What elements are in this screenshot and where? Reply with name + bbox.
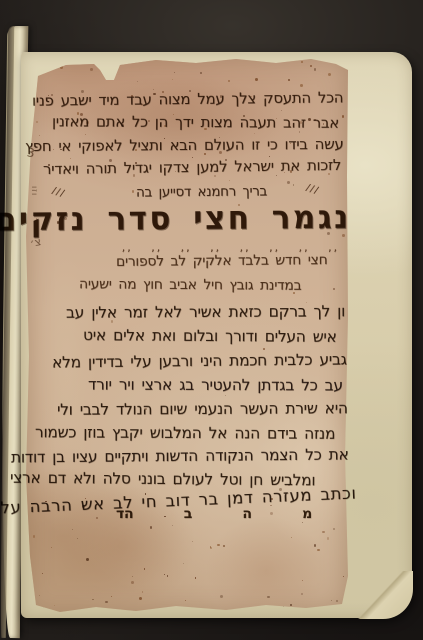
foxing-dot [92,599,94,601]
foxing-dot [139,597,142,600]
signature-letter: ב [184,506,192,522]
foxing-dot [210,546,212,548]
text-line: גביע כלבית חכמת היני ורבען עלי בדידין מל… [52,350,347,371]
foxing-dot [300,84,303,87]
foxing-dot [131,581,134,584]
foxing-dot [39,595,40,596]
text-line: ון לך ברקם כזאת אשיר לאל זמר אלין עב [66,302,345,321]
colophon-sub-line: חצי חדש בלבד אלקיק לב לספורים [116,252,328,270]
foxing-dot [77,538,78,539]
foxing-dot [333,528,335,530]
text-line: מנזה בידם הנה אל המלבוש יקבץ בוזן כשמור [35,423,335,443]
foxing-dot [225,395,226,396]
foxing-dot [200,72,202,74]
foxing-dot [301,593,304,596]
foxing-dot [290,604,292,606]
foxing-dot [223,545,225,547]
foxing-dot [51,547,52,548]
signature-letter: מ [302,506,312,522]
backing-folded-corner [355,571,413,619]
foxing-dot [288,79,291,82]
foxing-dot [310,65,312,67]
text-line: הכל התעסק צלך עמל מצוה עבד מיד ישבע פניו [32,88,343,109]
signature-letter: ה [242,506,251,522]
foxing-dot [150,526,152,528]
foxing-dot [263,348,265,350]
foxing-dot [322,531,325,534]
foxing-dot [86,558,89,561]
foxing-dot [328,73,331,76]
foxing-dot [137,81,138,82]
text-line: איש העלים ודורך ובלום ואת אלים איט [83,326,337,346]
foxing-dot [72,529,73,530]
foxing-dot [111,596,112,597]
foxing-dot [195,577,196,578]
foxing-dot [302,580,303,581]
foxing-dot [105,601,108,604]
manuscript-photo: הכל התעסק צלך עמל מצוה עבד מיד ישבע פניו… [0,0,423,640]
text-line: היא שירת העשר הנעמי שיום הנולד לבבי ולי [57,399,348,419]
foxing-dot [301,61,304,64]
foxing-dot [192,541,193,542]
foxing-dot [54,605,55,606]
foxing-dot [33,535,35,537]
foxing-dot [90,68,93,71]
foxing-dot [327,537,330,540]
foxing-dot [85,134,86,135]
foxing-dot [336,600,338,602]
foxing-dot [167,575,169,577]
signature-letter: הד [116,506,133,522]
foxing-dot [164,574,165,575]
foxing-dot [291,537,292,538]
foxing-dot [342,115,345,118]
foxing-dot [281,110,282,111]
foxing-dot [174,72,175,73]
foxing-dot [228,80,230,82]
foxing-dot [317,549,319,551]
foxing-dot [70,158,71,159]
binding-shadow-edge [0,26,14,638]
text-line: עשה בידו כי זו העולם הבא ותציל לאפוקי אי… [25,135,344,155]
colophon-sub-line: במדינת גובץ חיל אביב חוץ מה ישעיה [79,276,301,294]
foxing-dot [314,68,316,70]
signature-letters-row: מ ה ב הד [116,506,312,522]
foxing-dot [255,78,258,81]
colophon-display-line: נגמר חצי סדר נזקים מציו [0,199,351,240]
foxing-dot [229,180,230,181]
foxing-dot [172,525,173,526]
foxing-dot [254,133,255,134]
foxing-dot [172,79,173,80]
margin-letter-column: וזו [30,186,39,196]
foxing-dot [183,563,185,565]
foxing-dot [142,591,143,592]
foxing-dot [144,568,145,569]
foxing-dot [96,517,98,519]
foxing-dot [276,175,278,177]
foxing-dot [217,544,219,546]
foxing-dot [220,595,223,598]
foxing-dot [42,573,43,574]
foxing-dot [132,576,133,577]
foxing-dot [314,544,317,547]
text-line: את כל הצמר הנקודה הדשות ויתקיים עציו בן … [11,446,349,467]
text-line: עב כל בגדתן להעטיר בג ארצי ויר יורד [88,376,343,395]
foxing-dot [210,547,212,549]
foxing-dot [267,596,270,599]
foxing-dot [331,600,332,601]
foxing-dot [333,288,335,290]
foxing-dot [185,600,186,601]
foxing-dot [36,121,38,123]
foxing-dot [343,576,345,578]
text-line: אבר זהב תעבה מצות ידך הן כל אתם מאזנין [52,112,339,132]
